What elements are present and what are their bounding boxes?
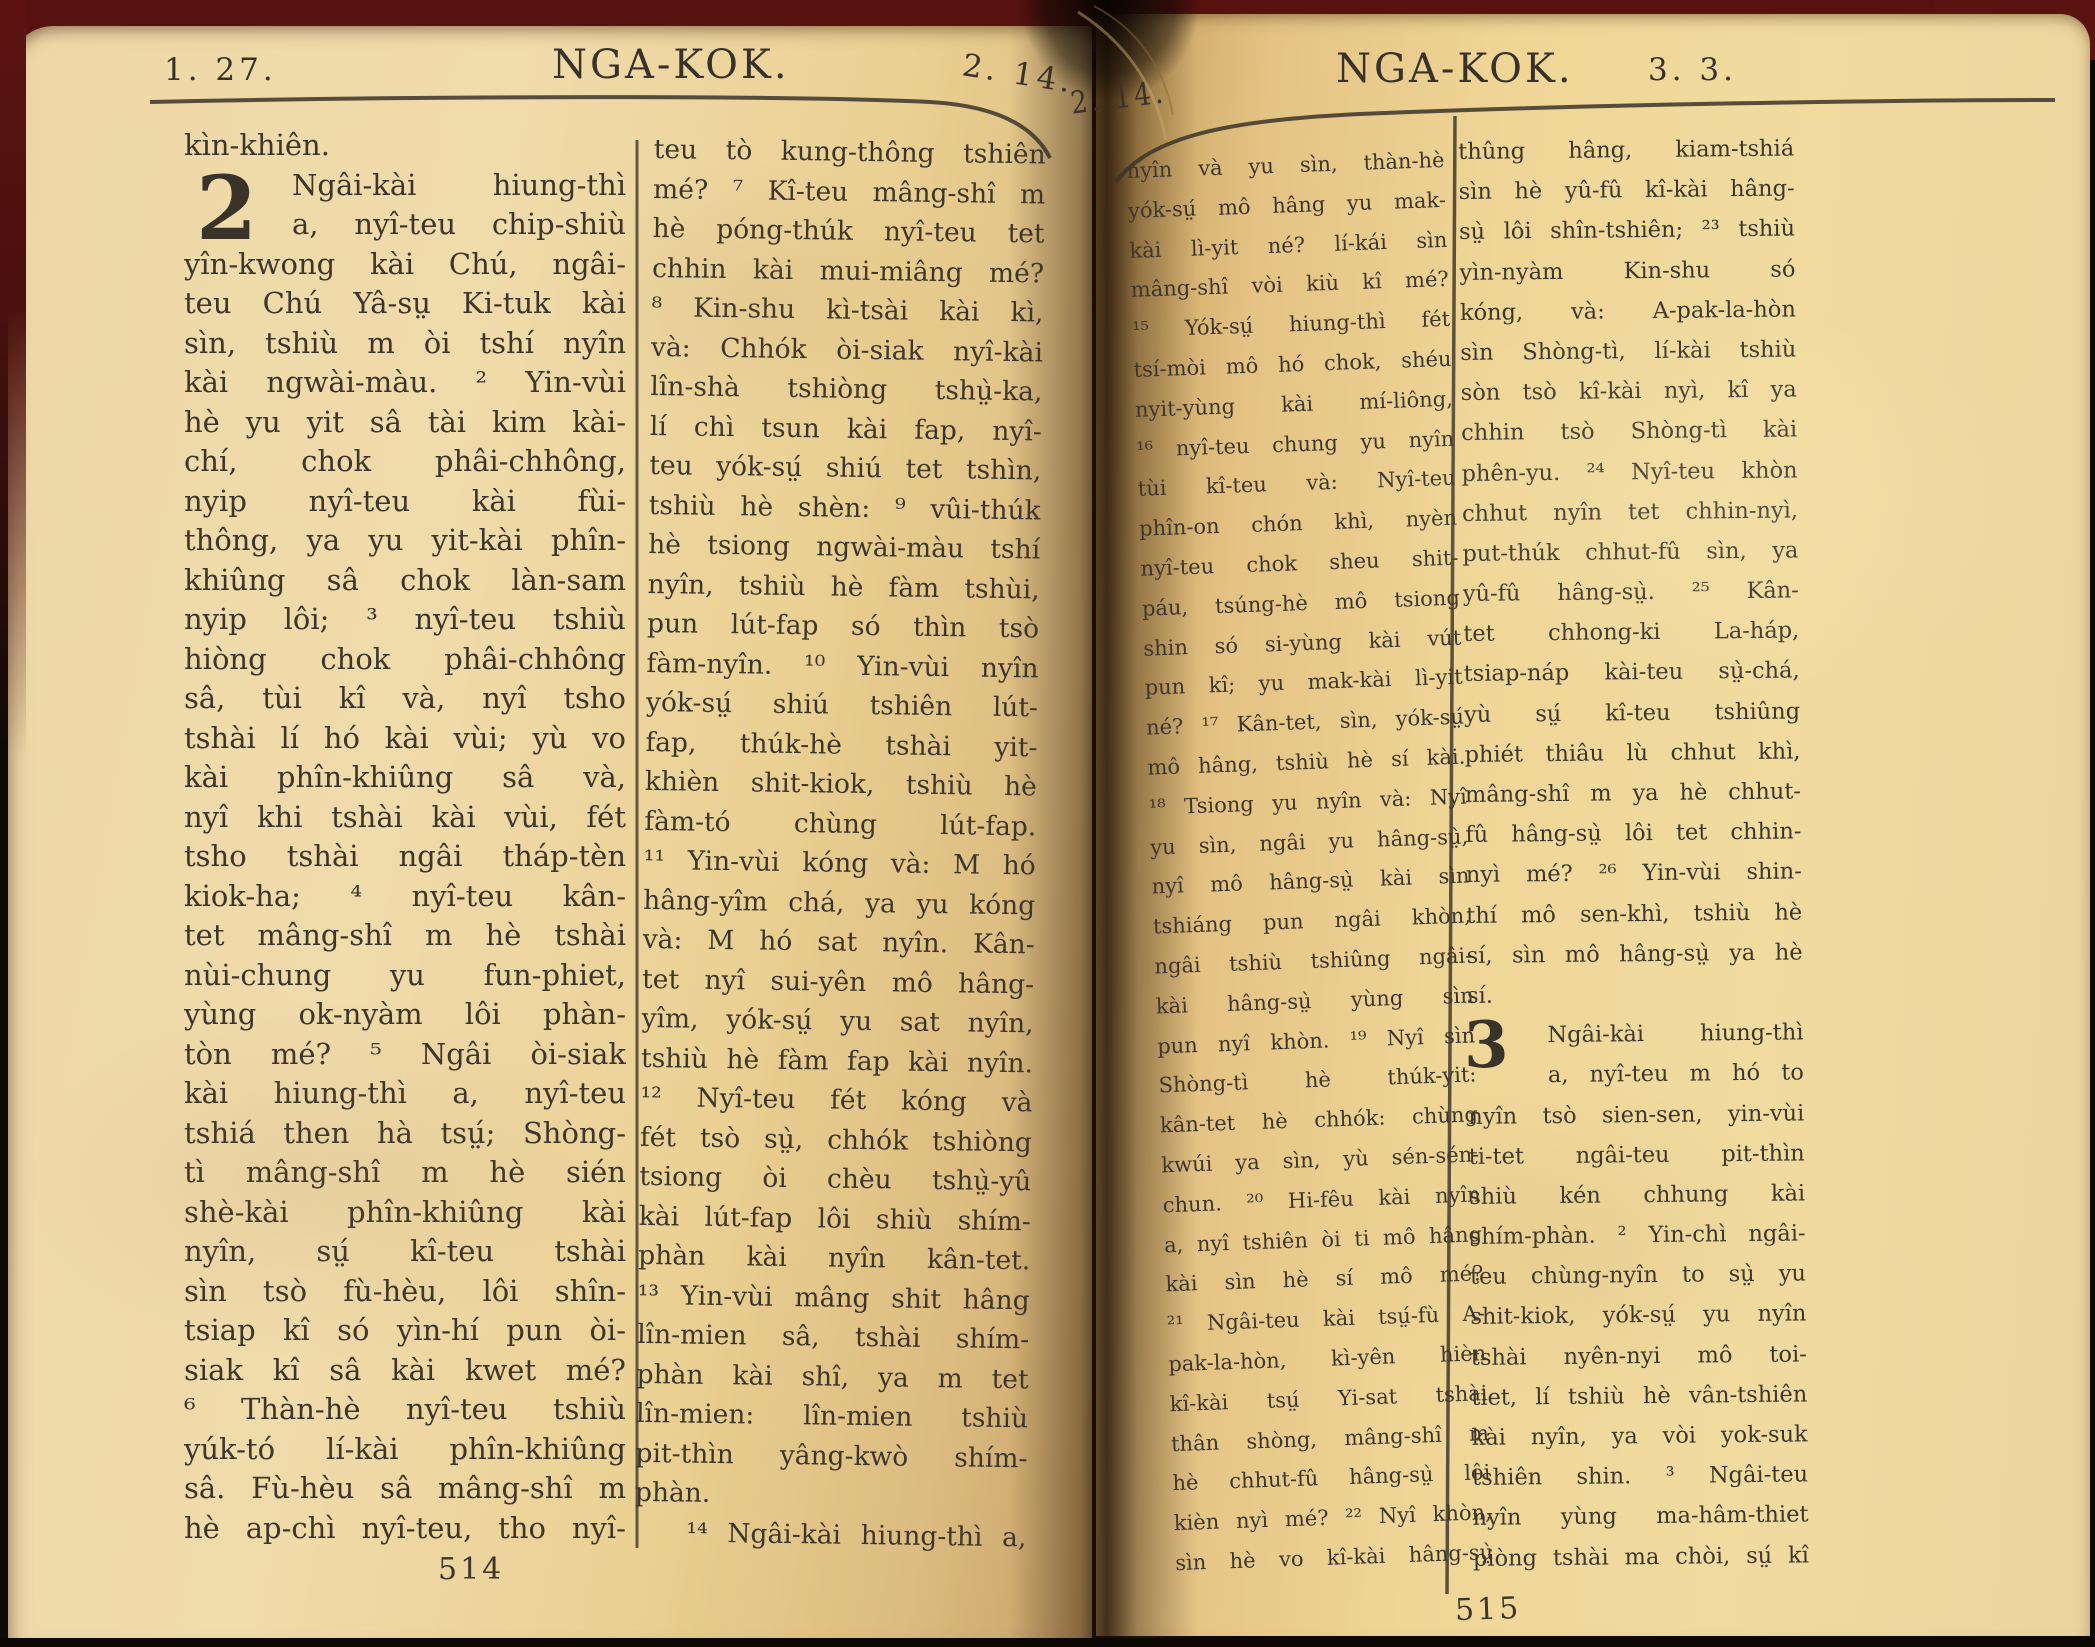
right-header-title: NGA-KOK. (1336, 46, 1574, 92)
text-line: ¹² Nyî-teu fét kóng và (640, 1078, 1033, 1123)
text-line: hè póng-thúk nyî-teu tet (652, 209, 1045, 254)
text-line: kài ngwài-màu. ² Yin-vùi (184, 363, 626, 403)
text-line: thí mô sen-khì, tshiù hè (1466, 892, 1802, 936)
text-line: Ngâi-kài hiung-thì (1467, 1013, 1803, 1057)
text-line: yók-sṳ́ shiú tshiên lút- (646, 683, 1039, 728)
text-line: và: Chhók òi-siak nyî-kài (651, 327, 1044, 372)
text-line: tiet, lí tshiù hè vân-tshiên (1471, 1374, 1807, 1418)
text-line: chhin kài mui-miâng mé? (652, 248, 1045, 293)
text-line: sí, sìn mô hâng-sṳ̀ ya hè (1466, 932, 1802, 976)
text-line: tet nyî sui-yên mô hâng- (642, 959, 1035, 1004)
text-line: nyip nyî-teu kài fùi- (184, 482, 626, 522)
text-line: sìn tsò fù-hèu, lôi shîn- (184, 1272, 626, 1312)
text-line: lîn-mien: lîn-mien tshiù (636, 1394, 1029, 1439)
text-line: lîn-mien sâ, tshài shím- (637, 1315, 1030, 1360)
text-line: sṳ̀ lôi shîn-tshiên; ²³ tshiù (1459, 209, 1795, 253)
text-line: fàm-tó chùng lút-fap. (644, 801, 1037, 846)
right-page-number: 515 (1454, 1591, 1521, 1628)
text-line: ¹⁴ Ngâi-kài hiung-thì a, (634, 1512, 1027, 1557)
text-line: tet chhong-ki La-háp, (1463, 611, 1799, 655)
right-header-reference: 3. 3. (1648, 52, 1737, 88)
text-line: sí. (1467, 972, 1803, 1016)
text-line: yúk-tó lí-kài phîn-khiûng (184, 1430, 626, 1470)
left-page-number: 514 (438, 1552, 504, 1587)
text-line: tshài nyên-nyi mô toi- (1471, 1334, 1807, 1378)
left-header-title: NGA-KOK. (552, 42, 790, 88)
text-line: put-thúk chhut-fû sìn, ya (1462, 530, 1798, 574)
left-page-column-1: kìn-khiên.Ngâi-kài hiung-thìa, nyî-teu c… (184, 126, 626, 1548)
text-line: tsho tshài ngâi tháp-tèn (184, 837, 626, 877)
text-line: sâ. Fù-hèu sâ mâng-shî m (184, 1469, 626, 1509)
text-line: tsiap-náp kài-teu sṳ̀-chá, (1463, 651, 1799, 695)
text-line: ¹¹ Yin-vùi kóng và: M hó (644, 841, 1037, 886)
chapter-3-dropcap: 3 (1464, 1014, 1509, 1078)
text-line: tshiù hè shèn: ⁹ vûi-thúk (648, 485, 1041, 530)
text-line: thông, ya yu yit-kài phîn- (184, 521, 626, 561)
text-line: kài hiung-thì a, nyî-teu (184, 1074, 626, 1114)
left-header-reference: 1. 27. (164, 52, 277, 88)
text-line: sìn hè yû-fû kî-kài hâng- (1458, 169, 1794, 213)
text-line: hè yu yit sâ tài kim kài- (184, 403, 626, 443)
left-page-column-2: teu tò kung-thông tshiênmé? ⁷ Kî-teu mân… (634, 130, 1046, 1557)
text-line: pit-thìn yâng-kwò shím- (635, 1433, 1028, 1478)
text-line: fap, thúk-hè tshài yit- (645, 722, 1038, 767)
text-line: sìn, tshiù m òi tshí nyîn (184, 324, 626, 364)
text-line: tshiên shin. ³ Ngâi-teu (1472, 1455, 1808, 1499)
photo-bottom-edge (0, 1638, 2095, 1647)
text-line: lîn-shà tshiòng tshṳ̀-ka, (650, 367, 1043, 412)
text-line: phên-yu. ²⁴ Nyî-teu khòn (1461, 450, 1797, 494)
text-line: sìn Shòng-tì, lí-kài tshiù (1460, 329, 1796, 373)
text-line: thûng hâng, kiam-tshiá (1458, 128, 1794, 172)
text-line: lí chì tsun kài fap, nyî- (650, 406, 1043, 451)
text-line: a, nyî-teu m hó to (1468, 1053, 1804, 1097)
text-line: pun lút-fap só thìn tsò (647, 604, 1040, 649)
text-line: tshài lí hó kài vùi; yù vo (184, 719, 626, 759)
text-line: yìn-nyàm Kin-shu só (1459, 249, 1795, 293)
text-line: phàn. (635, 1473, 1028, 1518)
text-line: nyîn, tshiù hè fàm tshùi, (647, 564, 1040, 609)
text-line: tshiá then hà tsṳ́; Shòng- (184, 1114, 626, 1154)
text-line: khiûng sâ chok làn-sam (184, 561, 626, 601)
text-line: kài lút-fap lôi shiù shím- (639, 1196, 1032, 1241)
text-line: chí, chok phâi-chhông, (184, 442, 626, 482)
text-line: kóng, và: A-pak-la-hòn (1460, 289, 1796, 333)
text-line: shè-kài phîn-khiûng kài (184, 1193, 626, 1233)
text-line: kiok-ha; ⁴ nyî-teu kân- (184, 877, 626, 917)
text-line: yù sṳ́ kî-teu tshiûng (1464, 691, 1800, 735)
book-scan-photo: 1. 27. NGA-KOK. 2. 14. 2. 14. NGA-KOK. 3… (0, 0, 2095, 1647)
text-line: tì mâng-shî m hè sién (184, 1153, 626, 1193)
text-line: khièn shit-kiok, tshiù hè (645, 762, 1038, 807)
text-line: yû-fû hâng-sṳ̀. ²⁵ Kân- (1463, 571, 1799, 615)
text-line: hè tsiong ngwài-màu tshí (648, 525, 1041, 570)
text-line: shiù kén chhung kài (1469, 1173, 1805, 1217)
text-line: và: M hó sat nyîn. Kân- (642, 920, 1035, 965)
text-line: nùi-chung yu fun-phiet, (184, 956, 626, 996)
text-line: kài nyîn, ya vòi yok-suk (1471, 1414, 1807, 1458)
text-line: nyîn, sṳ́ kî-teu tshài (184, 1232, 626, 1272)
text-line: phàn kài nyîn kân-tet. (638, 1236, 1031, 1281)
text-line: hâng-yîm chá, ya yu kóng (643, 880, 1036, 925)
text-line: phàn kài shî, ya m tet (636, 1354, 1029, 1399)
text-line: sòn tsò kî-kài nyì, kî ya (1461, 370, 1797, 414)
text-line: ⁸ Kin-shu kì-tsài kài kì, (651, 288, 1044, 333)
text-line: tshiù hè fàm fap kài nyîn. (641, 1038, 1034, 1083)
text-line: chhin tsò Shòng-tì kài (1461, 410, 1797, 454)
text-line: tet mâng-shî m hè tshài (184, 916, 626, 956)
text-line: yùng ok-nyàm lôi phàn- (184, 995, 626, 1035)
text-line: nyîn yùng ma-hâm-thiet (1472, 1495, 1808, 1539)
text-line: hè ap-chì nyî-teu, tho nyî- (184, 1509, 626, 1549)
text-line: teu yók-sṳ́ shiú tet tshìn, (649, 446, 1042, 491)
text-line: kài phîn-khiûng sâ và, (184, 758, 626, 798)
text-line: nyì mé? ²⁶ Yin-vùi shin- (1466, 852, 1802, 896)
text-line: chhut nyîn tet chhin-nyì, (1462, 490, 1798, 534)
text-line: shím-phàn. ² Yin-chì ngâi- (1469, 1213, 1805, 1257)
text-line: mé? ⁷ Kî-teu mâng-shî m (653, 169, 1046, 214)
right-page-column-2: thûng hâng, kiam-tshiásìn hè yû-fû kî-kà… (1458, 128, 1809, 1578)
text-line: ⁶ Thàn-hè nyî-teu tshiù (184, 1390, 626, 1430)
text-line: phiét thiâu lù chhut khì, (1464, 731, 1800, 775)
text-line: fét tsò sṳ̀, chhók tshiòng (640, 1117, 1033, 1162)
text-line: piòng tshài ma chòi, sṳ́ kî (1473, 1535, 1809, 1579)
text-line: sâ, tùi kî và, nyî tsho (184, 679, 626, 719)
text-line: ti-tet ngâi-teu pit-thìn (1469, 1133, 1805, 1177)
text-line: ¹³ Yin-vùi mâng shit hâng (637, 1275, 1030, 1320)
book-cover-left-edge (0, 0, 26, 760)
text-line: nyî khi tshài kài vùi, fét (184, 798, 626, 838)
text-line: tsiap kî só yìn-hí pun òi- (184, 1311, 626, 1351)
text-line: fû hâng-sṳ̀ lôi tet chhin- (1465, 812, 1801, 856)
text-line: nyîn tsò sien-sen, yin-vùi (1468, 1093, 1804, 1137)
text-line: hiòng chok phâi-chhông (184, 640, 626, 680)
text-line: siak kî sâ kài kwet mé? (184, 1351, 626, 1391)
text-line: mâng-shî m ya hè chhut- (1465, 771, 1801, 815)
chapter-2-dropcap: 2 (196, 164, 257, 252)
text-line: teu chùng-nyîn to sṳ̀ yu (1470, 1254, 1806, 1298)
right-page-column-1: nyîn và yu sìn, thàn-hèyók-sṳ́ mô hâng y… (1126, 141, 1494, 1584)
text-line: nyip lôi; ³ nyî-teu tshiù (184, 600, 626, 640)
text-line: tòn mé? ⁵ Ngâi òi-siak (184, 1035, 626, 1075)
text-line: yîm, yók-sṳ́ yu sat nyîn, (641, 999, 1034, 1044)
text-line: shit-kiok, yók-sṳ́ yu nyîn (1470, 1294, 1806, 1338)
text-line: teu Chú Yâ-sṳ Ki-tuk kài (184, 284, 626, 324)
text-line: tsiong òi chèu tshṳ̀-yû (639, 1157, 1032, 1202)
text-line: fàm-nyîn. ¹⁰ Yin-vùi nyîn (646, 643, 1039, 688)
text-line: teu tò kung-thông tshiên (653, 130, 1046, 175)
